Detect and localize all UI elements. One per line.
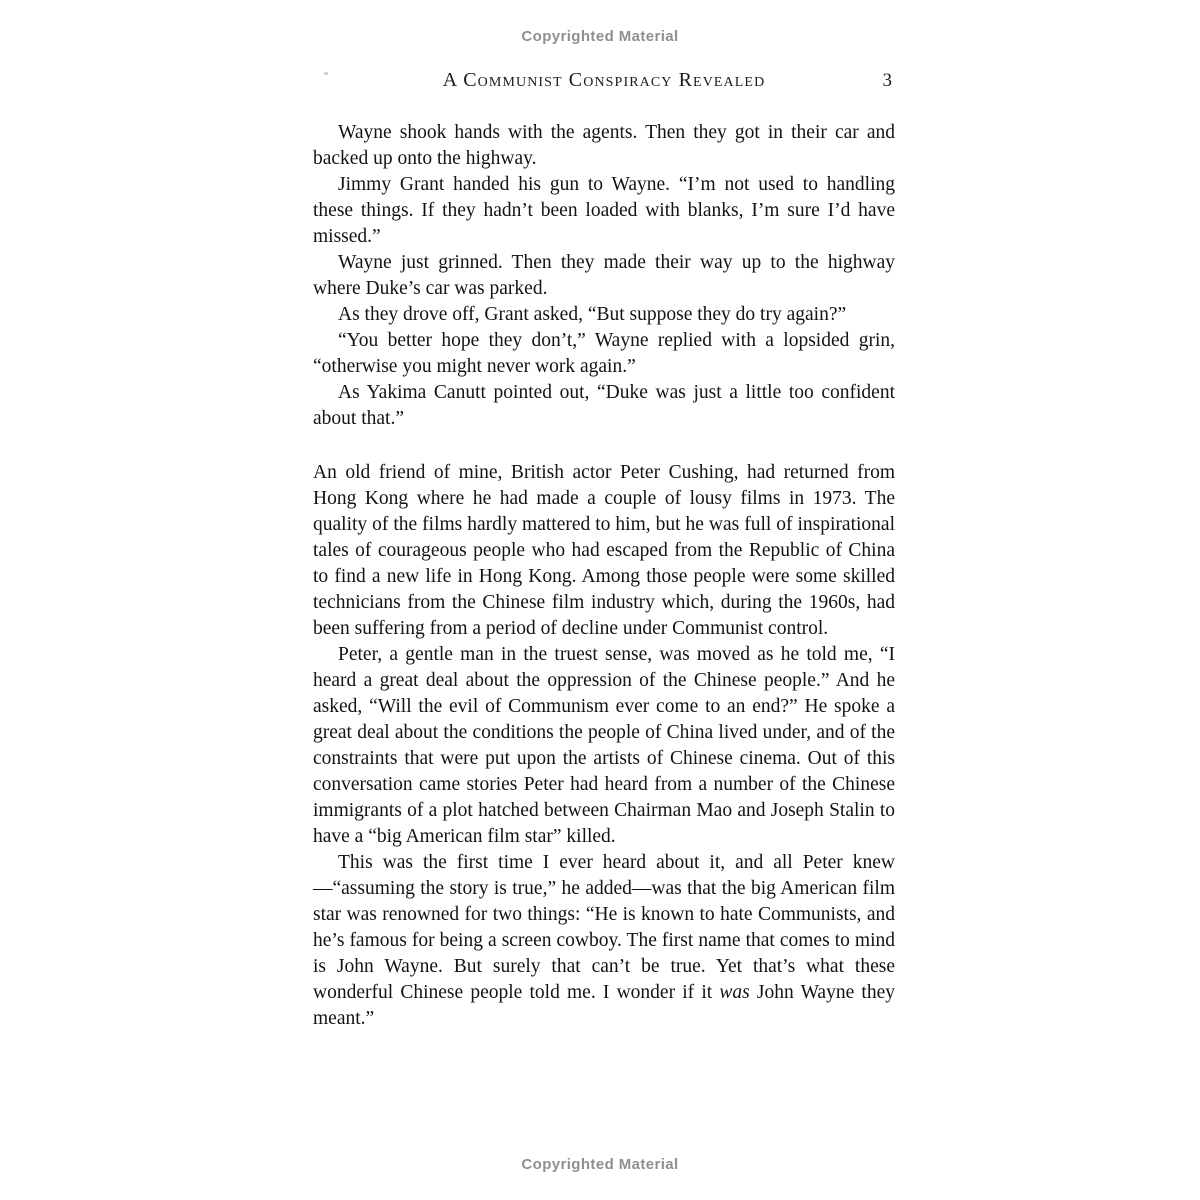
copyright-watermark-bottom: Copyrighted Material: [0, 1156, 1200, 1173]
paragraph-9-text-before: This was the first time I ever heard abo…: [313, 852, 895, 1003]
paragraph-4: As they drove off, Grant asked, “But sup…: [313, 302, 895, 328]
chapter-title: A Communist Conspiracy Revealed: [443, 69, 766, 91]
paragraph-1: Wayne shook hands with the agents. Then …: [313, 120, 895, 172]
paragraph-9-italic-word: was: [719, 982, 749, 1003]
paragraph-7-section-start: An old friend of mine, British actor Pet…: [313, 460, 895, 642]
paragraph-2: Jimmy Grant handed his gun to Wayne. “I’…: [313, 172, 895, 250]
copyright-watermark-top: Copyrighted Material: [0, 28, 1200, 45]
paragraph-3: Wayne just grinned. Then they made their…: [313, 250, 895, 302]
page-number: 3: [883, 70, 893, 92]
paragraph-8: Peter, a gentle man in the truest sense,…: [313, 642, 895, 850]
book-page-scan: Copyrighted Material A Communist Conspir…: [0, 0, 1200, 1200]
paragraph-5: “You better hope they don’t,” Wayne repl…: [313, 328, 895, 380]
paragraph-6: As Yakima Canutt pointed out, “Duke was …: [313, 380, 895, 432]
page-body: Wayne shook hands with the agents. Then …: [313, 120, 895, 1032]
running-header: A Communist Conspiracy Revealed 3: [313, 69, 895, 92]
paragraph-9: This was the first time I ever heard abo…: [313, 850, 895, 1032]
